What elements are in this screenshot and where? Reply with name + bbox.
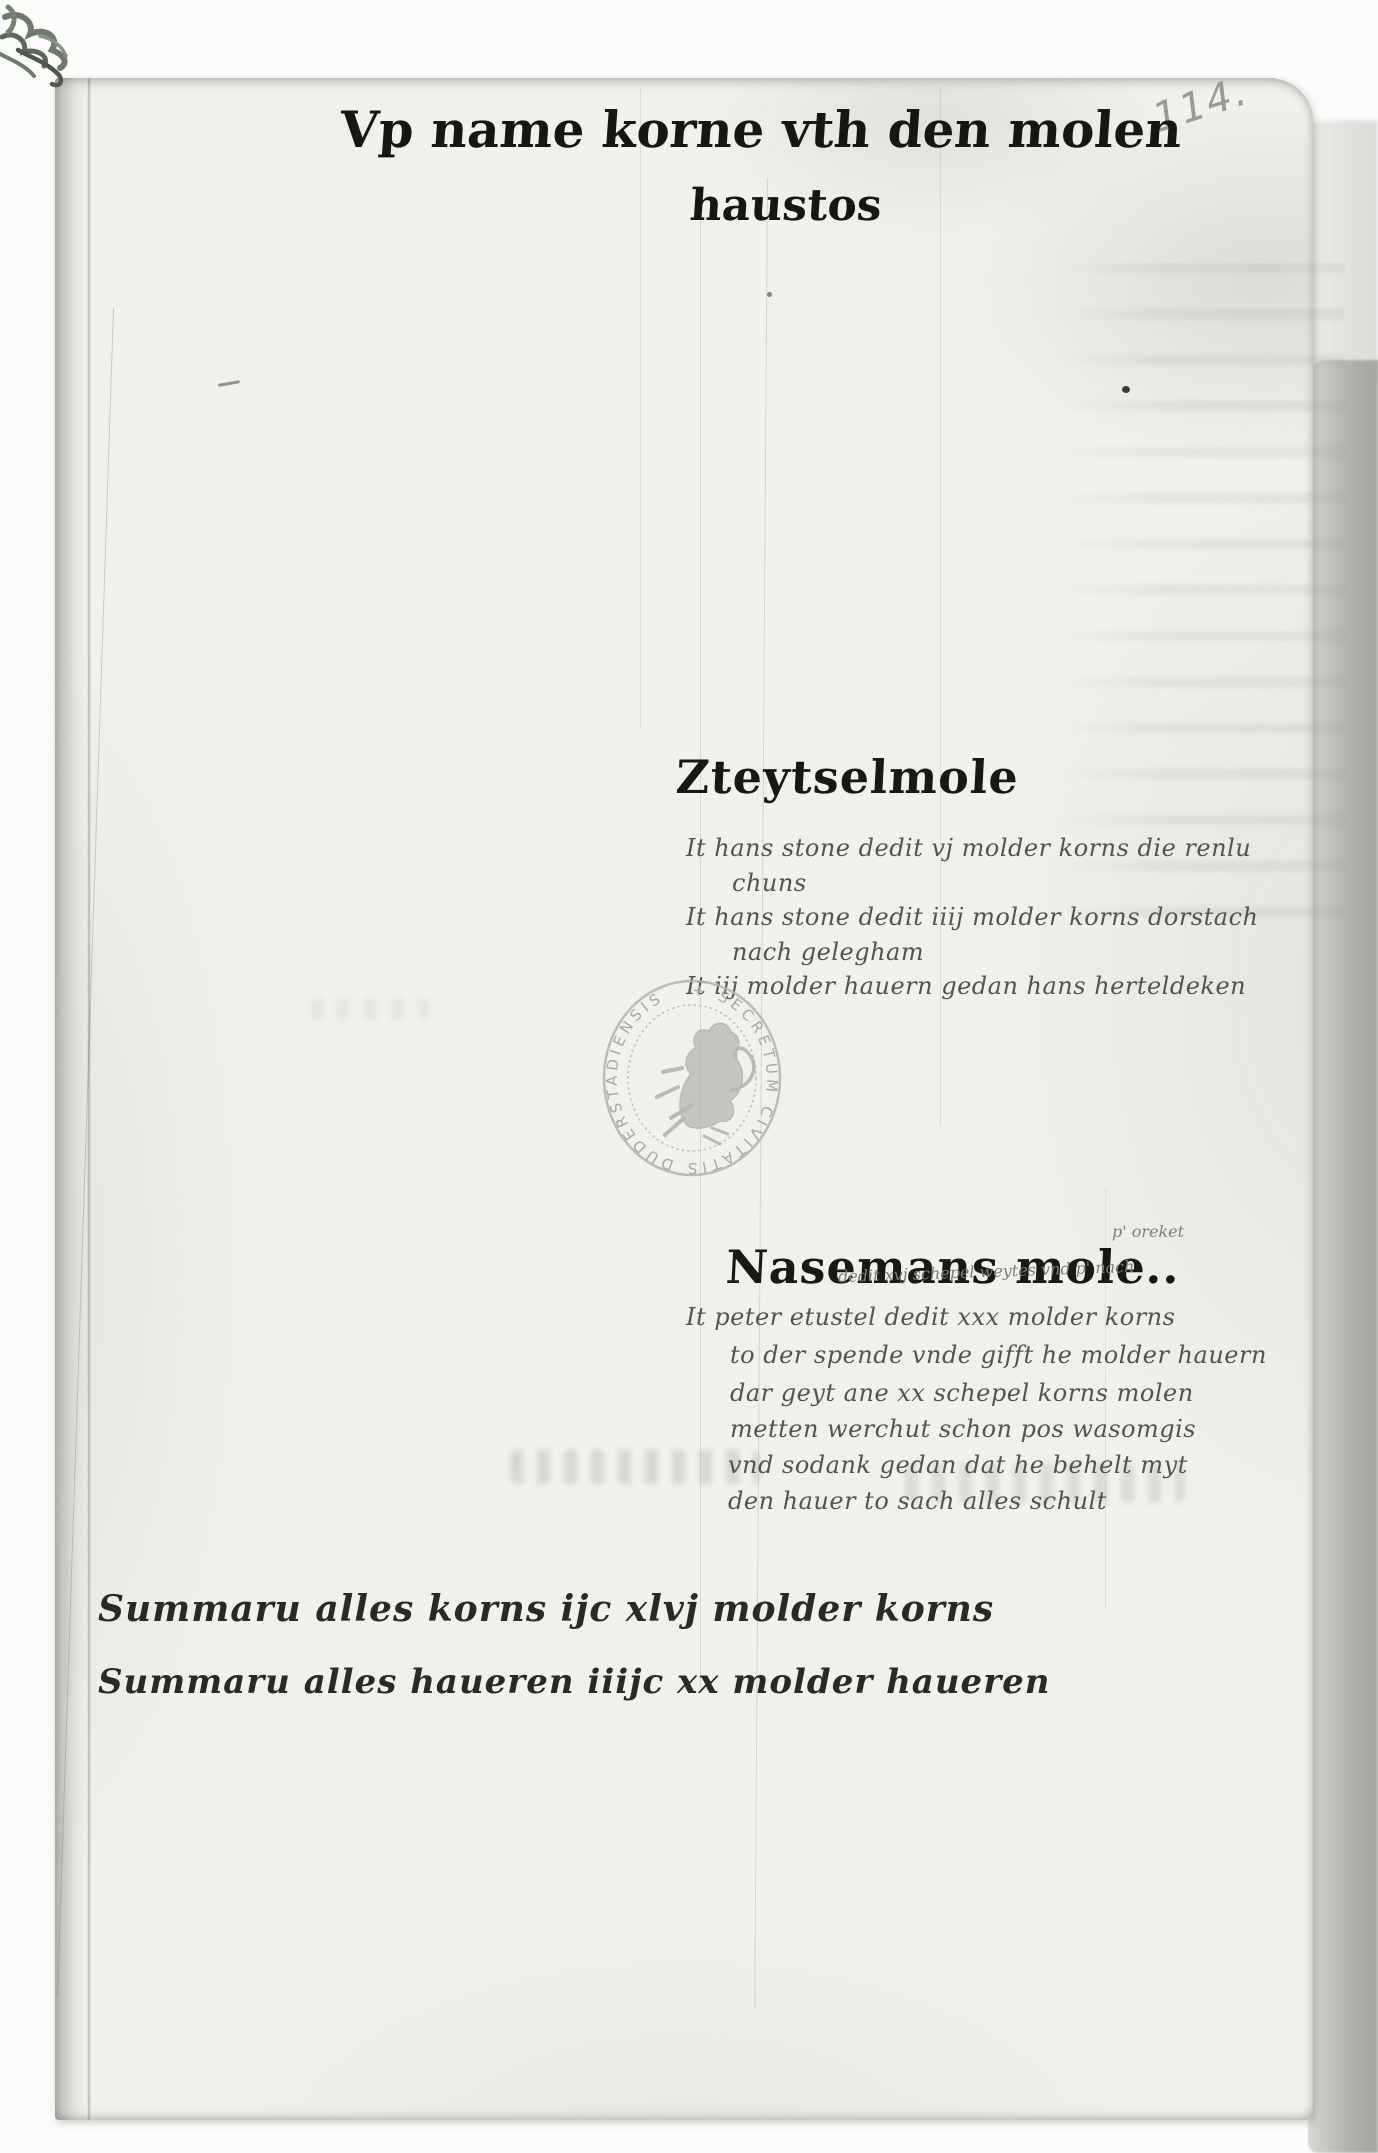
entry-line: chuns xyxy=(732,869,807,897)
chain-line xyxy=(940,86,941,1126)
archive-stamp: + SECRETUM CIVITATIS DUDERSTADIENSIS xyxy=(592,968,792,1188)
entry-line: It peter etustel dedit xxx molder korns xyxy=(686,1303,1175,1331)
gutter-crease xyxy=(88,78,90,2120)
entry-line: to der spende vnde gifft he molder hauer… xyxy=(730,1341,1267,1369)
summary-total-hafer: Summaru alles haueren iiijc xx molder ha… xyxy=(98,1662,1050,1702)
ink-speck xyxy=(1122,386,1130,393)
margin-note: p' oreket xyxy=(1112,1222,1184,1241)
scanned-manuscript-screenshot: { "document": { "type": "archival manusc… xyxy=(0,0,1378,2153)
binding-thread-icon xyxy=(0,2,95,102)
entry-line: den hauer to sach alles schult xyxy=(728,1487,1107,1515)
entry-line: nach gelegham xyxy=(732,938,924,966)
entry-line: It hans stone dedit iiij molder korns do… xyxy=(686,903,1258,931)
entry-line: dar geyt ane xx schepel korns molen xyxy=(730,1379,1194,1407)
entry-line: It hans stone dedit vj molder korns die … xyxy=(686,834,1251,862)
chain-line xyxy=(700,198,701,1688)
page-title-line2: haustos xyxy=(688,180,883,231)
underlying-page-edge xyxy=(1308,360,1378,2153)
ink-bleedthrough xyxy=(510,1450,760,1484)
entry-line: vnd sodank gedan dat he behelt myt xyxy=(728,1451,1188,1479)
ink-speck xyxy=(767,292,772,297)
crease-line xyxy=(57,308,114,1997)
chain-line xyxy=(640,88,641,728)
entry-line: metten werchut schon pos wasomgis xyxy=(730,1415,1196,1443)
section-heading-zteytselmole: Zteytselmole xyxy=(675,750,1021,804)
ink-bleedthrough xyxy=(310,998,430,1020)
page-title-line1: Vp name korne vth den molen xyxy=(338,100,1184,159)
stamp-graphic: + SECRETUM CIVITATIS DUDERSTADIENSIS xyxy=(592,968,792,1188)
pen-dash-mark xyxy=(218,380,240,387)
rampant-lion-icon xyxy=(657,1023,754,1144)
summary-total-korn: Summaru alles korns ijc xlvj molder korn… xyxy=(98,1588,994,1630)
